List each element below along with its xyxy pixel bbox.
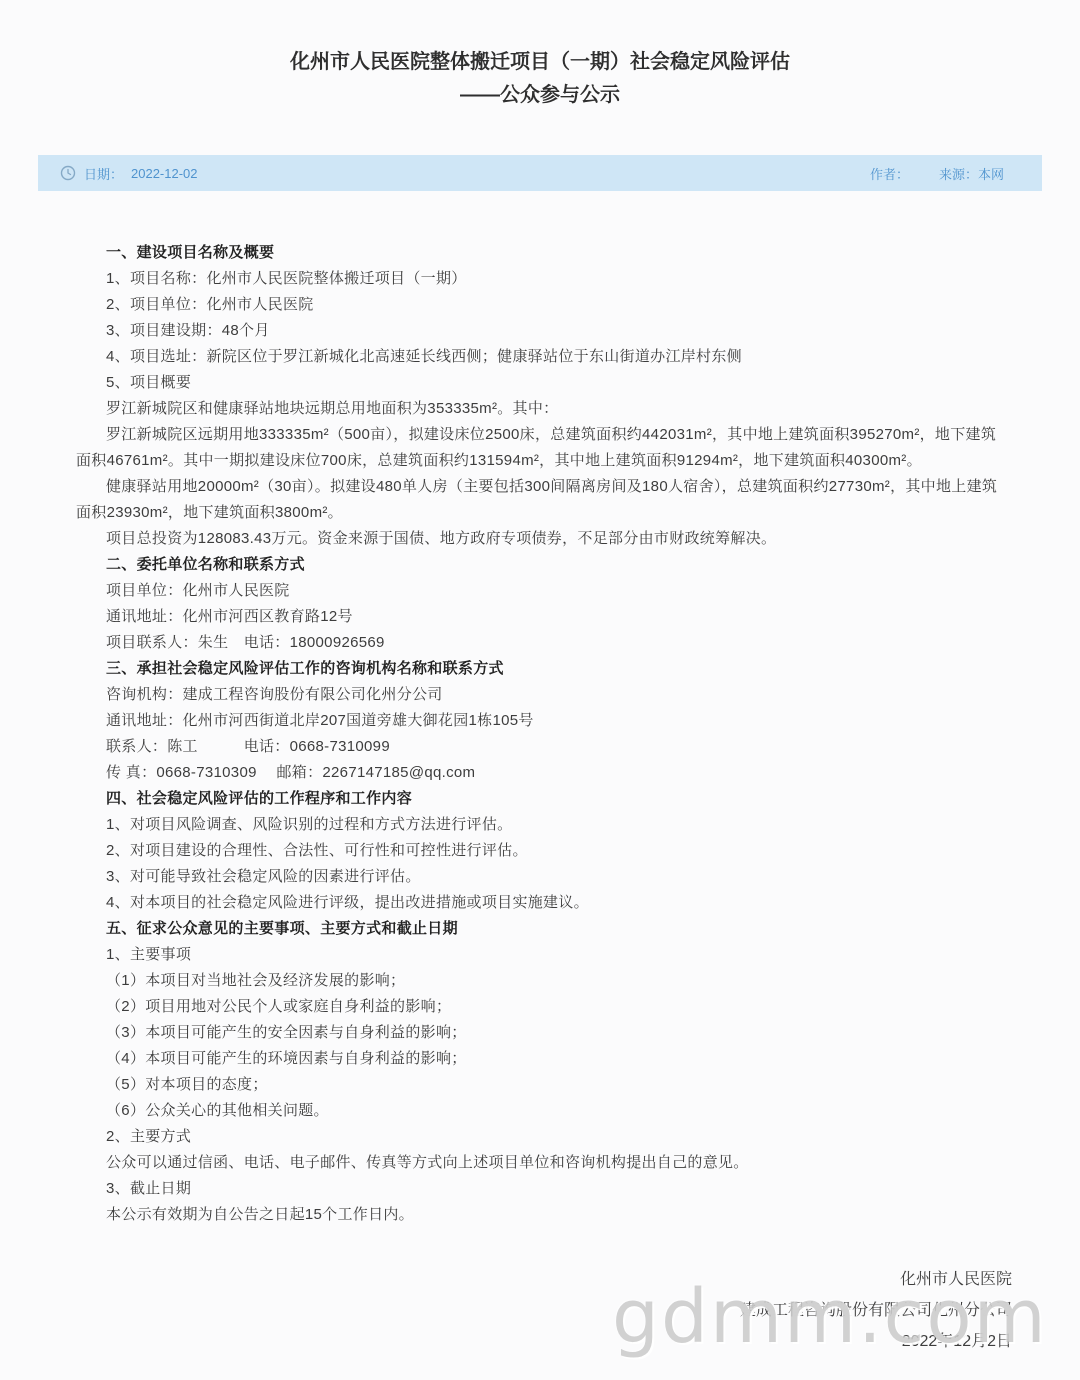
paragraph: 4、对本项目的社会稳定风险进行评级，提出改进措施或项目实施建议。 (76, 890, 1006, 916)
paragraph: （6）公众关心的其他相关问题。 (76, 1098, 1006, 1124)
paragraph: 3、截止日期 (76, 1176, 1006, 1202)
page-title-line2: ——公众参与公示 (0, 79, 1080, 112)
source-label: 来源： (939, 164, 978, 183)
paragraph: 1、主要事项 (76, 942, 1006, 968)
meta-bar: 日期：2022-12-02 作者： 来源： 本网 (38, 155, 1042, 191)
paragraph: 项目联系人：朱生 电话：18000926569 (76, 630, 1006, 656)
paragraph: 罗江新城院区远期用地333335m²（500亩），拟建设床位2500床，总建筑面… (76, 422, 1006, 474)
footer-line: 2022年12月2日 (312, 1326, 1012, 1357)
paragraph: 健康驿站用地20000m²（30亩）。拟建设480单人房（主要包括300间隔离房… (76, 474, 1006, 526)
author-label: 作者： (870, 164, 909, 183)
paragraph: 公众可以通过信函、电话、电子邮件、传真等方式向上述项目单位和咨询机构提出自己的意… (76, 1150, 1006, 1176)
paragraph: 4、项目选址：新院区位于罗江新城化北高速延长线西侧；健康驿站位于东山街道办江岸村… (76, 344, 1006, 370)
paragraph: 传 真：0668-7310309 邮箱：2267147185@qq.com (76, 760, 1006, 786)
paragraph: 1、项目名称：化州市人民医院整体搬迁项目（一期） (76, 266, 1006, 292)
clock-icon (60, 165, 76, 181)
footer-signature: 化州市人民医院建成工程咨询股份有限公司化州分公司2022年12月2日 (312, 1264, 1012, 1357)
paragraph: 通讯地址：化州市河西街道北岸207国道旁雄大御花园1栋105号 (76, 708, 1006, 734)
paragraph: 5、项目概要 (76, 370, 1006, 396)
meta-date-group: 日期：2022-12-02 (60, 164, 198, 183)
paragraph: 1、对项目风险调查、风险识别的过程和方式方法进行评估。 (76, 812, 1006, 838)
paragraph: 咨询机构：建成工程咨询股份有限公司化州分公司 (76, 682, 1006, 708)
page-title: 化州市人民医院整体搬迁项目（一期）社会稳定风险评估 ——公众参与公示 (0, 46, 1080, 112)
meta-source-group: 作者： 来源： 本网 (870, 164, 1004, 183)
paragraph: （2）项目用地对公民个人或家庭自身利益的影响； (76, 994, 1006, 1020)
footer-line: 建成工程咨询股份有限公司化州分公司 (312, 1295, 1012, 1326)
section-heading: 二、委托单位名称和联系方式 (76, 552, 1006, 578)
source-value: 本网 (978, 164, 1004, 183)
paragraph: （4）本项目可能产生的环境因素与自身利益的影响； (76, 1046, 1006, 1072)
paragraph: 项目单位：化州市人民医院 (76, 578, 1006, 604)
paragraph: （5）对本项目的态度； (76, 1072, 1006, 1098)
paragraph: 2、对项目建设的合理性、合法性、可行性和可控性进行评估。 (76, 838, 1006, 864)
page-title-line1: 化州市人民医院整体搬迁项目（一期）社会稳定风险评估 (0, 46, 1080, 79)
paragraph: 本公示有效期为自公告之日起15个工作日内。 (76, 1202, 1006, 1228)
paragraph: （1）本项目对当地社会及经济发展的影响； (76, 968, 1006, 994)
paragraph: 3、对可能导致社会稳定风险的因素进行评估。 (76, 864, 1006, 890)
paragraph: 通讯地址：化州市河西区教育路12号 (76, 604, 1006, 630)
date-label: 日期： (84, 164, 123, 183)
paragraph: 3、项目建设期：48个月 (76, 318, 1006, 344)
paragraph: 罗江新城院区和健康驿站地块远期总用地面积为353335m²。其中： (76, 396, 1006, 422)
section-heading: 三、承担社会稳定风险评估工作的咨询机构名称和联系方式 (76, 656, 1006, 682)
section-heading: 五、征求公众意见的主要事项、主要方式和截止日期 (76, 916, 1006, 942)
article-body: 一、建设项目名称及概要1、项目名称：化州市人民医院整体搬迁项目（一期）2、项目单… (76, 240, 1006, 1228)
section-heading: 一、建设项目名称及概要 (76, 240, 1006, 266)
date-value: 2022-12-02 (131, 166, 198, 181)
paragraph: （3）本项目可能产生的安全因素与自身利益的影响； (76, 1020, 1006, 1046)
paragraph: 项目总投资为128083.43万元。资金来源于国债、地方政府专项债券，不足部分由… (76, 526, 1006, 552)
footer-line: 化州市人民医院 (312, 1264, 1012, 1295)
section-heading: 四、社会稳定风险评估的工作程序和工作内容 (76, 786, 1006, 812)
paragraph: 2、主要方式 (76, 1124, 1006, 1150)
paragraph: 联系人：陈工 电话：0668-7310099 (76, 734, 1006, 760)
paragraph: 2、项目单位：化州市人民医院 (76, 292, 1006, 318)
